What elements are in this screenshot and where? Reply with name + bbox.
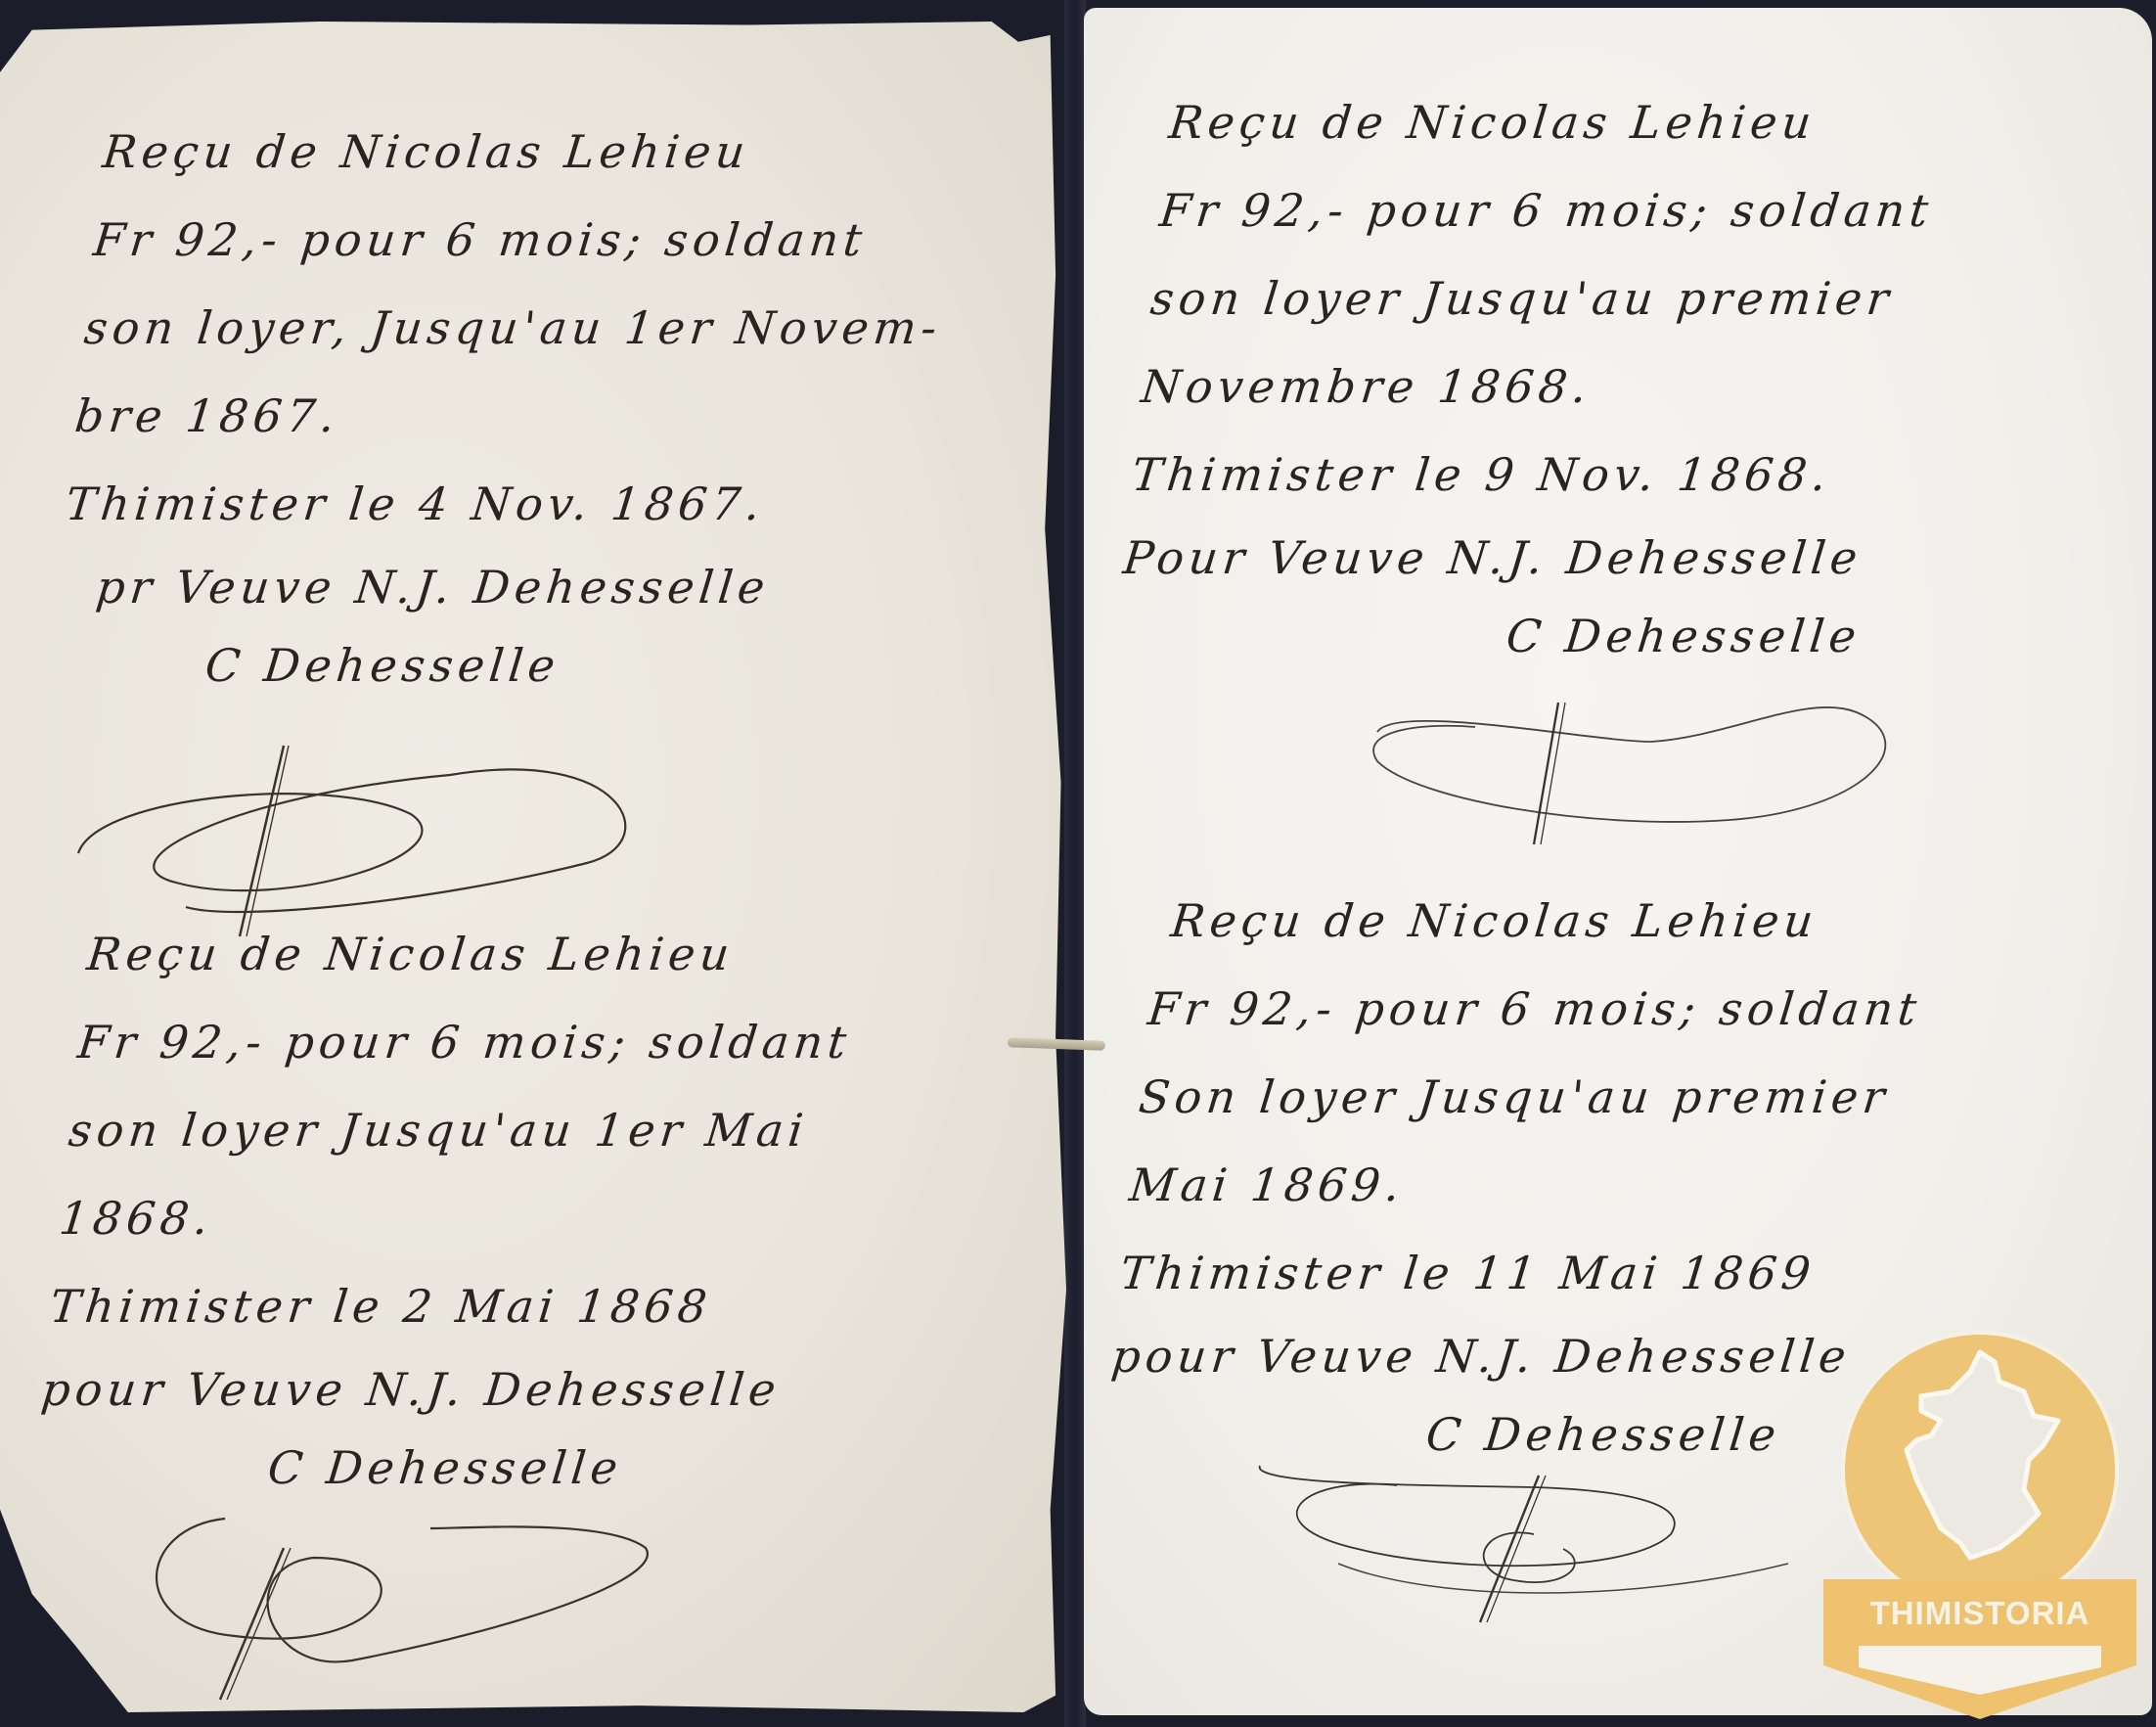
receipt-until-line: bre 1867.	[70, 372, 936, 460]
signature-flourish-icon	[39, 706, 646, 941]
receipt-signature: C Dehesselle	[1100, 1395, 1880, 1474]
receipt-on-behalf: Pour Veuve N.J. Dehesselle	[1119, 519, 1900, 597]
receipt-rent-line: Son loyer Jusqu'au premier	[1135, 1053, 1916, 1141]
receipt-place-date: Thimister le 2 Mai 1868	[46, 1262, 828, 1350]
signature-flourish-icon	[1240, 1456, 1827, 1632]
receipt-signature: C Dehesselle	[1111, 597, 1892, 675]
receipt-entry: Reçu de Nicolas Lehieu Fr 92,- pour 6 mo…	[29, 910, 865, 1507]
receipt-rent-line: son loyer Jusqu'au premier	[1146, 254, 1928, 342]
receipt-on-behalf: pr Veuve N.J. Dehesselle	[53, 548, 918, 626]
book-spine	[1064, 0, 1086, 1727]
receipt-amount-line: Fr 92,- pour 6 mois; soldant	[1155, 166, 1937, 254]
left-page: Reçu de Nicolas Lehieu Fr 92,- pour 6 mo…	[0, 22, 1066, 1712]
receipt-heading: Reçu de Nicolas Lehieu	[1153, 877, 1935, 965]
thimistoria-logo: THIMISTORIA	[1823, 1323, 2136, 1719]
receipt-until-line: 1868.	[55, 1174, 836, 1262]
receipt-entry: Reçu de Nicolas Lehieu Fr 92,- pour 6 mo…	[45, 108, 965, 704]
receipt-until-line: Novembre 1868.	[1137, 342, 1918, 431]
receipt-heading: Reçu de Nicolas Lehieu	[83, 910, 865, 998]
receipt-on-behalf: pour Veuve N.J. Dehesselle	[1107, 1317, 1888, 1395]
receipt-rent-line: son loyer Jusqu'au 1er Mai	[65, 1086, 846, 1174]
receipt-signature: C Dehesselle	[29, 1429, 810, 1507]
receipt-place-date: Thimister le 4 Nov. 1867.	[62, 460, 927, 548]
receipt-place-date: Thimister le 9 Nov. 1868.	[1128, 431, 1909, 519]
receipt-rent-line: son loyer, Jusqu'au 1er Novem-	[80, 284, 946, 372]
signature-flourish-icon	[117, 1489, 704, 1704]
receipt-amount-line: Fr 92,- pour 6 mois; soldant	[73, 998, 855, 1086]
logo-badge-icon	[1823, 1323, 2136, 1719]
receipt-on-behalf: pour Veuve N.J. Dehesselle	[37, 1350, 818, 1429]
receipt-heading: Reçu de Nicolas Lehieu	[1165, 78, 1947, 166]
receipt-signature: C Dehesselle	[45, 626, 910, 704]
receipt-place-date: Thimister le 11 Mai 1869	[1116, 1229, 1898, 1317]
signature-flourish-icon	[1358, 683, 1906, 849]
receipt-until-line: Mai 1869.	[1125, 1141, 1907, 1229]
receipt-amount-line: Fr 92,- pour 6 mois; soldant	[89, 196, 955, 284]
logo-label: THIMISTORIA	[1823, 1595, 2136, 1632]
receipt-entry: Reçu de Nicolas Lehieu Fr 92,- pour 6 mo…	[1100, 877, 1935, 1474]
receipt-amount-line: Fr 92,- pour 6 mois; soldant	[1144, 965, 1925, 1053]
receipt-heading: Reçu de Nicolas Lehieu	[99, 108, 965, 196]
receipt-entry: Reçu de Nicolas Lehieu Fr 92,- pour 6 mo…	[1111, 78, 1947, 675]
